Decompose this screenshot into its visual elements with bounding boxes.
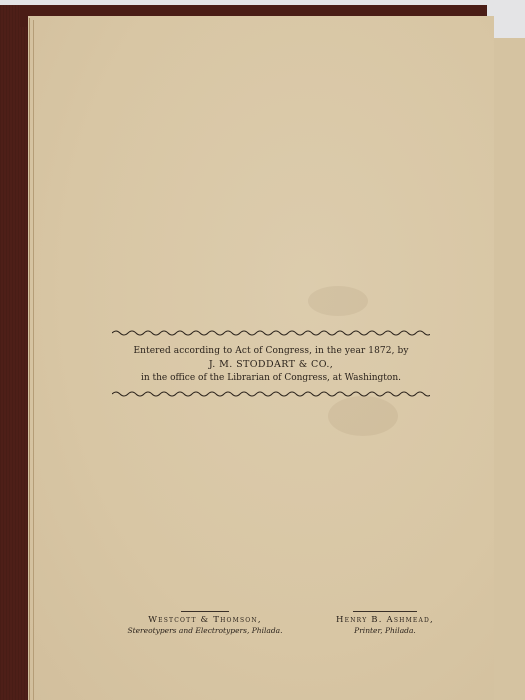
imprint-rule [353,611,417,612]
printer-name: Henry B. Ashmead, [335,615,435,625]
copyright-line-3: in the office of the Librarian of Congre… [112,373,430,383]
page-fold-line [29,18,30,700]
copyright-line-1: Entered according to Act of Congress, in… [112,346,430,356]
adjacent-page-edge [492,38,525,700]
stereotyper-name: Westcott & Thomson, [120,615,290,625]
page-stain [328,396,398,436]
copyright-notice: Entered according to Act of Congress, in… [112,322,430,402]
wavy-rule-top [112,329,430,337]
wavy-rule-bottom [112,390,430,398]
page-fold-line [33,20,34,700]
stereotyper-imprint: Westcott & Thomson, Stereotypers and Ele… [120,611,290,635]
page-stain [308,286,368,316]
printer-subtitle: Printer, Philada. [335,626,435,635]
printer-imprint: Henry B. Ashmead, Printer, Philada. [335,611,435,635]
imprint-rule [181,611,229,612]
stereotyper-subtitle: Stereotypers and Electrotypers, Philada. [120,626,290,635]
publisher-name: J. M. STODDART & CO., [112,359,430,370]
